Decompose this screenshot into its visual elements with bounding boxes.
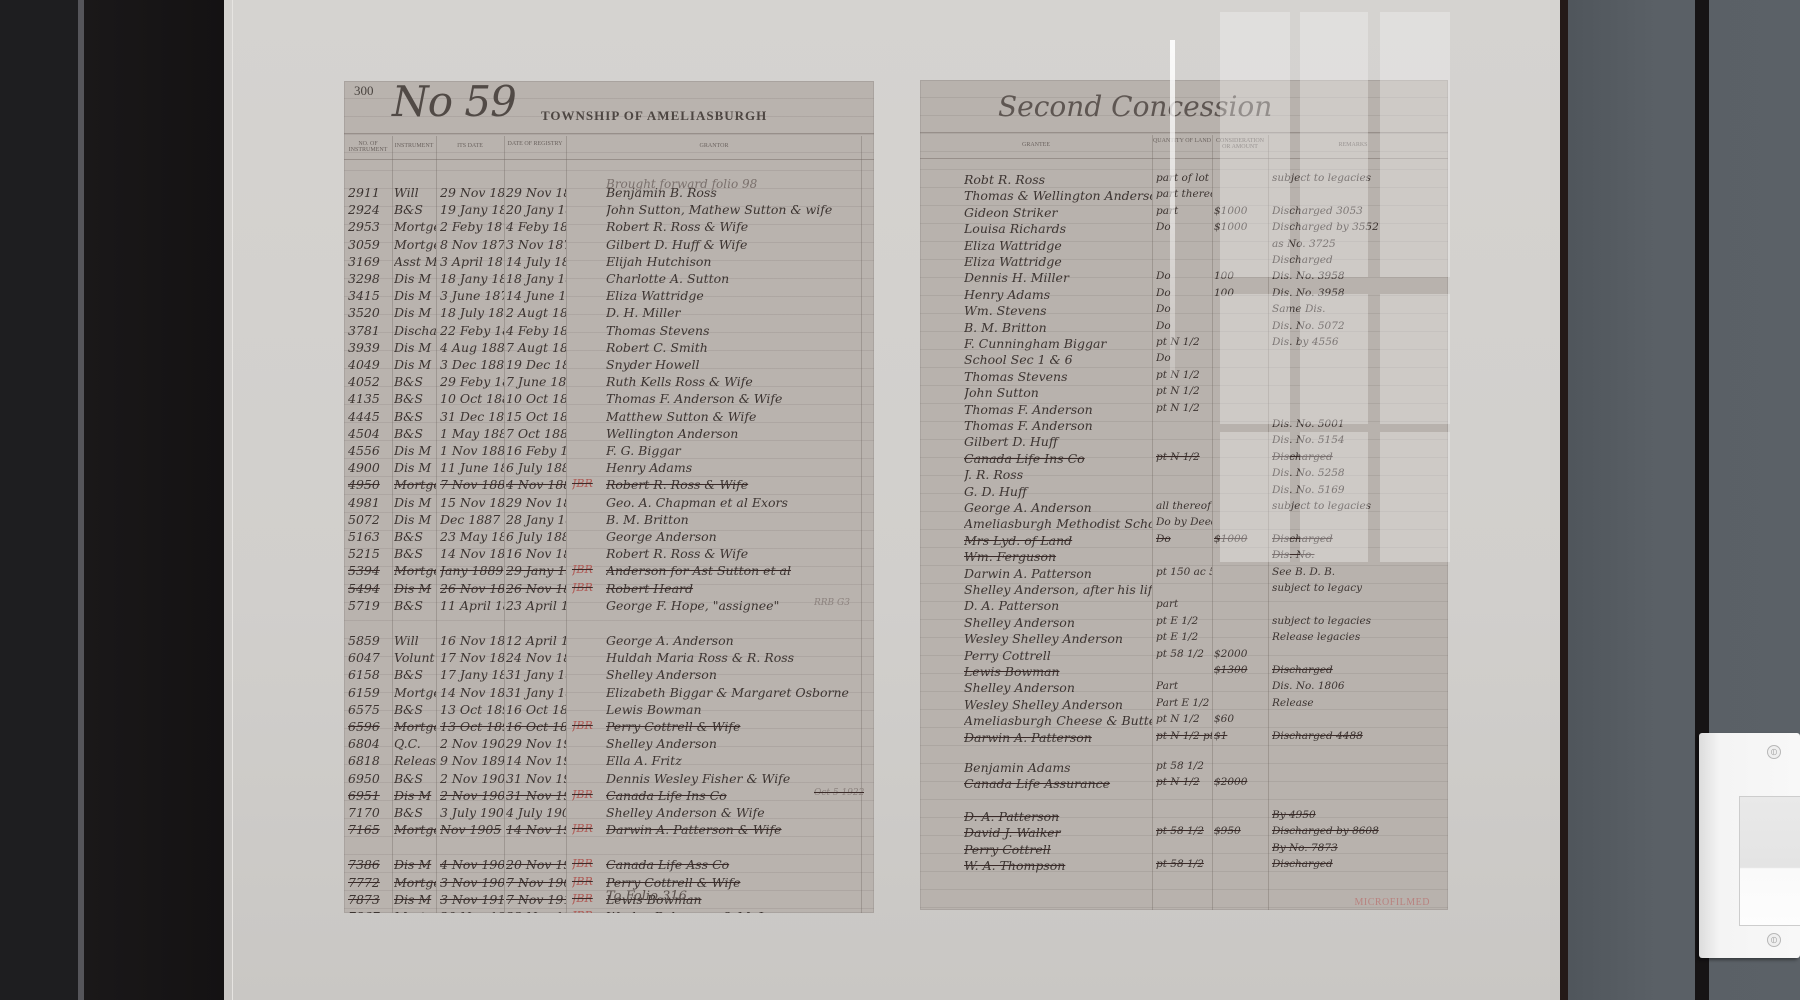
cell-grantor: John Sutton, Mathew Sutton & wife <box>606 202 856 217</box>
cell-reg: 14 July 1877 <box>506 254 566 269</box>
cell-inst: Dis M <box>394 357 436 372</box>
cell-grantee: Wesley Shelley Anderson <box>964 631 1152 646</box>
cell-date: 3 Nov 1909 <box>440 875 504 890</box>
cell-grantor: Perry Cottrell & Wife <box>606 875 856 890</box>
register-row: 6159Mortge14 Nov 189531 Jany 1896Elizabe… <box>344 685 874 703</box>
cell-reg: 23 April 1892 <box>506 598 566 613</box>
cell-remarks: Dis. No. 5154 <box>1272 434 1442 446</box>
register-row: Eliza Wattridgeas No. 3725 <box>920 238 1448 256</box>
cell-grantee: Henry Adams <box>964 287 1152 302</box>
cell-reg: 18 Jany 1879 <box>506 271 566 286</box>
cell-reg: 20 Nov 1905 <box>506 857 566 872</box>
register-row: 6818Release9 Nov 189714 Nov 1901Ella A. … <box>344 753 874 771</box>
cell-qty: pt N 1/2 <box>1156 402 1212 414</box>
cell-no: 6047 <box>348 650 390 665</box>
red-initials-mark: JBR <box>572 875 593 888</box>
register-row: 5215B&S14 Nov 188816 Nov 1888Robert R. R… <box>344 546 874 564</box>
cell-remarks: as No. 3725 <box>1272 238 1442 250</box>
register-row: Perry Cottrellpt 58 1/2$2000 <box>920 648 1448 666</box>
cell-reg: 31 Nov 1903 <box>506 788 566 803</box>
cell-qty: Do by Deed <box>1156 516 1212 528</box>
cell-no: 5394 <box>348 563 390 578</box>
light-switch-plate[interactable]: ⦶ ⦶ <box>1699 733 1800 958</box>
register-row: 4950Mortge7 Nov 18874 Nov 1887Robert R. … <box>344 477 874 495</box>
cell-inst: Dis M <box>394 788 436 803</box>
cell-grantee: Gideon Striker <box>964 205 1152 220</box>
register-row: Ameliasburgh Methodist SchoolDo by Deed <box>920 516 1448 534</box>
cell-date: 1 Nov 1882 <box>440 443 504 458</box>
cell-date: 18 July 1879 <box>440 305 504 320</box>
cell-reg: 19 Dec 1882 <box>506 357 566 372</box>
cell-grantor: Ella A. Fritz <box>606 753 856 768</box>
cell-grantor: Dennis Wesley Fisher & Wife <box>606 771 856 786</box>
cell-grantor: Thomas F. Anderson & Wife <box>606 391 856 406</box>
cell-grantor: Geo. A. Chapman et al Exors <box>606 495 856 510</box>
register-row: 5859Will16 Nov 189012 April 1893George A… <box>344 633 874 651</box>
cell-remarks: See B. D. B. <box>1272 566 1442 578</box>
register-row: Shelley Andersonpt E 1/2subject to legac… <box>920 615 1448 633</box>
cell-date: 16 Nov 1890 <box>440 633 504 648</box>
cell-remarks: Release legacies <box>1272 631 1442 643</box>
cell-grantor: Anderson for Ast Sutton et al <box>606 563 856 578</box>
cell-inst: B&S <box>394 598 436 613</box>
cell-grantee: Lewis Bowman <box>964 664 1152 679</box>
cell-qty: Do <box>1156 320 1212 332</box>
register-row: Thomas Stevenspt N 1/2 <box>920 369 1448 387</box>
cell-reg: 26 Nov 1889 <box>506 581 566 596</box>
cell-remarks: Dis. No. 5072 <box>1272 320 1442 332</box>
cell-date: 3 Dec 1882 <box>440 357 504 372</box>
cell-grantor: Elizabeth Biggar & Margaret Osborne <box>606 685 856 700</box>
frame-left-edge <box>84 0 224 1000</box>
cell-qty: part <box>1156 205 1212 217</box>
cell-grantee: Thomas F. Anderson <box>964 402 1152 417</box>
cell-no: 2911 <box>348 185 390 200</box>
register-row: 2911Will29 Nov 187329 Nov 1875Benjamin B… <box>344 185 874 203</box>
cell-date: 13 Oct 1899 <box>440 719 504 734</box>
red-initials-mark: JBR <box>572 822 593 835</box>
register-row: Darwin A. Pattersonpt 150 ac 58 1/2See B… <box>920 566 1448 584</box>
header-rule <box>920 158 1448 159</box>
cell-no: 7867 <box>348 909 390 913</box>
column-header: Instrument <box>392 143 436 149</box>
cell-grantee: Ameliasburgh Cheese & Butter Committee <box>964 713 1152 728</box>
cell-qty: pt E 1/2 <box>1156 631 1212 643</box>
cell-grantor: George A. Anderson <box>606 633 856 648</box>
cell-grantor: Wellington Anderson <box>606 426 856 441</box>
column-header: Date of Registry <box>504 141 566 147</box>
cell-inst: Volunt Convey <box>394 650 436 665</box>
cell-date: 11 June 1885 <box>440 460 504 475</box>
cell-grantor: Robert C. Smith <box>606 340 856 355</box>
frame-right-edge <box>1560 0 1568 1000</box>
cell-no: 4504 <box>348 426 390 441</box>
cell-grantor: B. M. Britton <box>606 512 856 527</box>
cell-grantee: Perry Cottrell <box>964 648 1152 663</box>
cell-grantee: Dennis H. Miller <box>964 270 1152 285</box>
register-row: Darwin A. Pattersonpt N 1/2 pt$1Discharg… <box>920 730 1448 748</box>
cell-date: 10 Oct 1883 <box>440 391 504 406</box>
cell-reg: 15 Oct 1885 <box>506 409 566 424</box>
cell-inst: Dis M <box>394 271 436 286</box>
column-header: Grantor <box>566 143 862 149</box>
cell-grantor: Thomas Stevens <box>606 323 856 338</box>
cell-remarks: Discharged by 8608 <box>1272 825 1442 837</box>
cell-date: 8 Nov 1876 <box>440 237 504 252</box>
cell-grantee: D. A. Patterson <box>964 598 1152 613</box>
cell-qty: pt 58 1/2 <box>1156 648 1212 660</box>
register-row: George A. Andersonall thereofsubject to … <box>920 500 1448 518</box>
register-row: 3939Dis M4 Aug 18827 Augt 1882Robert C. … <box>344 340 874 358</box>
cell-date: Nov 1905 <box>440 822 504 837</box>
cell-no: 4950 <box>348 477 390 492</box>
cell-date: 14 Nov 1888 <box>440 546 504 561</box>
cell-grantee: George A. Anderson <box>964 500 1152 515</box>
cell-grantee: Benjamin Adams <box>964 760 1152 775</box>
red-initials-mark: JBR <box>572 477 593 490</box>
cell-amount: $2000 <box>1214 776 1268 788</box>
cell-qty: Part <box>1156 680 1212 692</box>
cell-date: 4 Nov 1905 <box>440 857 504 872</box>
cell-amount: $1000 <box>1214 533 1268 545</box>
cell-grantee: Wm. Stevens <box>964 303 1152 318</box>
column-header: Quantity of Land <box>1152 138 1212 144</box>
cell-grantor: Gilbert D. Huff & Wife <box>606 237 856 252</box>
register-row: 6950B&S2 Nov 190331 Nov 1903Dennis Wesle… <box>344 771 874 789</box>
cell-reg: 4 Nov 1887 <box>506 477 566 492</box>
red-initials-mark: JBR <box>572 909 593 913</box>
cell-no: 6951 <box>348 788 390 803</box>
cell-inst: Mortge <box>394 719 436 734</box>
cell-no: 6596 <box>348 719 390 734</box>
cell-reg: 29 Nov 1901 <box>506 736 566 751</box>
cell-reg: 29 Jany 1889 <box>506 563 566 578</box>
cell-grantor: F. G. Biggar <box>606 443 856 458</box>
cell-date: 29 Feby 1881 <box>440 374 504 389</box>
cell-qty: pt E 1/2 <box>1156 615 1212 627</box>
register-row: Benjamin Adamspt 58 1/2 <box>920 760 1448 778</box>
cell-grantee: J. R. Ross <box>964 467 1152 482</box>
cell-reg: 7 Nov 1910 <box>506 892 566 907</box>
register-row: Canada Life Ins Copt N 1/2Discharged <box>920 451 1448 469</box>
cell-grantee: Louisa Richards <box>964 221 1152 236</box>
header-rule <box>920 132 1448 133</box>
register-row: Louisa RichardsDo$1000Discharged by 3552 <box>920 221 1448 239</box>
cell-remarks: Discharged <box>1272 858 1442 870</box>
cell-reg: 31 Jany 1896 <box>506 667 566 682</box>
cell-reg: 14 Nov 1901 <box>506 753 566 768</box>
cell-qty: pt N 1/2 <box>1156 451 1212 463</box>
register-row: 2924B&S19 Jany 187620 Jany 1876John Sutt… <box>344 202 874 220</box>
cell-remarks: Same Dis. <box>1272 303 1442 315</box>
register-row: J. R. RossDis. No. 5258 <box>920 467 1448 485</box>
cell-grantee: Darwin A. Patterson <box>964 566 1152 581</box>
cell-inst: Mortge <box>394 685 436 700</box>
cell-grantor: Benjamin B. Ross <box>606 185 856 200</box>
register-row: F. Cunningham Biggarpt N 1/2Dis. by 4556 <box>920 336 1448 354</box>
cell-inst: B&S <box>394 202 436 217</box>
cell-remarks: Discharged <box>1272 664 1442 676</box>
register-row: David J. Walkerpt 58 1/2$950Discharged b… <box>920 825 1448 843</box>
cell-reg: 14 June 1879 <box>506 288 566 303</box>
cell-grantee: Robt R. Ross <box>964 172 1152 187</box>
cell-grantor: Perry Cottrell & Wife <box>606 719 856 734</box>
cell-remarks: subject to legacies <box>1272 615 1442 627</box>
cell-grantee: Thomas & Wellington Anderson <box>964 188 1152 203</box>
cell-grantor: Shelley Anderson & Wife <box>606 805 856 820</box>
cell-amount: 100 <box>1214 270 1268 282</box>
cell-qty: pt N 1/2 pt <box>1156 730 1212 742</box>
cell-date: 18 Jany 1879 <box>440 271 504 286</box>
cell-date: 29 Nov 1873 <box>440 185 504 200</box>
cell-grantee: Shelley Anderson, after his life estate <box>964 582 1152 597</box>
cell-qty: pt N 1/2 <box>1156 776 1212 788</box>
cell-grantor: Snyder Howell <box>606 357 856 372</box>
cell-reg: 31 Nov 1903 <box>506 771 566 786</box>
cell-inst: B&S <box>394 426 436 441</box>
register-row: Lewis Bowman$1300Discharged <box>920 664 1448 682</box>
cell-qty: pt 58 1/2 <box>1156 825 1212 837</box>
cell-reg: 14 Nov 1905 <box>506 822 566 837</box>
register-row: 5394MortgeJany 188929 Jany 1889Anderson … <box>344 563 874 581</box>
cell-remarks: Dis. by 4556 <box>1272 336 1442 348</box>
register-row: Thomas & Wellington Andersonpart thereof <box>920 188 1448 206</box>
register-row: School Sec 1 & 6Do <box>920 352 1448 370</box>
register-row: 4981Dis M15 Nov 188729 Nov 1887Geo. A. C… <box>344 495 874 513</box>
wall-left <box>0 0 80 1000</box>
right-register-page: Second Concession Grantee Quantity of La… <box>920 80 1448 910</box>
register-row: 7867Mortge20 Nov 190823 Nov 1908Wesley B… <box>344 909 874 913</box>
cell-remarks: subject to legacies <box>1272 500 1442 512</box>
cell-amount: $1300 <box>1214 664 1268 676</box>
cell-grantee: Gilbert D. Huff <box>964 434 1152 449</box>
cell-inst: Mortge <box>394 822 436 837</box>
cell-no: 5163 <box>348 529 390 544</box>
page-title: TOWNSHIP OF AMELIASBURGH <box>541 108 767 124</box>
cell-qty: pt N 1/2 <box>1156 713 1212 725</box>
left-register-page: 300 No 59 TOWNSHIP OF AMELIASBURGH No. o… <box>344 81 874 913</box>
cell-grantee: Thomas F. Anderson <box>964 418 1152 433</box>
cell-no: 6818 <box>348 753 390 768</box>
cell-date: 31 Dec 1883 <box>440 409 504 424</box>
footer-folio-note: To Folio 316 <box>606 889 687 904</box>
cell-qty: part of lot <box>1156 172 1212 184</box>
cell-qty: all thereof <box>1156 500 1212 512</box>
cell-remarks: Dis. No. 5001 <box>1272 418 1442 430</box>
cell-grantee: Thomas Stevens <box>964 369 1152 384</box>
red-initials-mark: JBR <box>572 857 593 870</box>
cell-inst: B&S <box>394 771 436 786</box>
cell-inst: Q.C. <box>394 736 436 751</box>
cell-remarks: Dis. No. 3958 <box>1272 287 1442 299</box>
cell-no: 2924 <box>348 202 390 217</box>
cell-no: 4445 <box>348 409 390 424</box>
cell-grantor: Robert R. Ross & Wife <box>606 219 856 234</box>
cell-date: 7 Nov 1887 <box>440 477 504 492</box>
cell-reg: 4 Feby 1881 <box>506 323 566 338</box>
cell-inst: Dis M <box>394 581 436 596</box>
register-row: 6047Volunt Convey17 Nov 189224 Nov 1894H… <box>344 650 874 668</box>
cell-grantee: Mrs Lyd. of Land <box>964 533 1152 548</box>
cell-remarks: Discharged 4488 <box>1272 730 1442 742</box>
cell-grantee: Darwin A. Patterson <box>964 730 1152 745</box>
column-header: Grantee <box>920 142 1152 148</box>
register-row: Gideon Strikerpart$1000Discharged 3053 <box>920 205 1448 223</box>
register-row: D. A. PattersonBy 4950 <box>920 809 1448 827</box>
register-row: 5072Dis MDec 188728 Jany 1888B. M. Britt… <box>344 512 874 530</box>
cell-no: 4049 <box>348 357 390 372</box>
cell-grantee: B. M. Britton <box>964 320 1152 335</box>
cell-amount: $1000 <box>1214 221 1268 233</box>
cell-no: 4981 <box>348 495 390 510</box>
cell-date: 14 Nov 1895 <box>440 685 504 700</box>
register-row: 4504B&S1 May 18847 Oct 1884Wellington An… <box>344 426 874 444</box>
register-row: Dennis H. MillerDo100Dis. No. 3958 <box>920 270 1448 288</box>
cell-date: 2 Feby 1876 <box>440 219 504 234</box>
register-row: 3059Mortge8 Nov 18763 Nov 1876Gilbert D.… <box>344 237 874 255</box>
cell-remarks: Dis. No. 3958 <box>1272 270 1442 282</box>
cell-grantee: Canada Life Ins Co <box>964 451 1152 466</box>
cell-grantee: Shelley Anderson <box>964 615 1152 630</box>
register-row: 7170B&S3 July 19054 July 1905Shelley And… <box>344 805 874 823</box>
cell-inst: B&S <box>394 805 436 820</box>
cell-no: 6575 <box>348 702 390 717</box>
cell-remarks: Dis. No. 5258 <box>1272 467 1442 479</box>
cell-reg: 31 Jany 1896 <box>506 685 566 700</box>
cell-grantee: John Sutton <box>964 385 1152 400</box>
cell-inst: B&S <box>394 391 436 406</box>
glass-glare <box>1170 40 1175 380</box>
register-row: G. D. HuffDis. No. 5169 <box>920 484 1448 502</box>
red-initials-mark: JBR <box>572 719 593 732</box>
cell-remarks: Dis. No. <box>1272 549 1442 561</box>
cell-reg: 7 Nov 1909 <box>506 875 566 890</box>
register-row: 4049Dis M3 Dec 188219 Dec 1882Snyder How… <box>344 357 874 375</box>
register-row: 2953Mortge2 Feby 18764 Feby 1876Robert R… <box>344 219 874 237</box>
cell-grantee: Ameliasburgh Methodist School <box>964 516 1152 531</box>
cell-no: 4556 <box>348 443 390 458</box>
cell-no: 5859 <box>348 633 390 648</box>
cell-remarks: Discharged by 3552 <box>1272 221 1442 233</box>
register-row: 6158B&S17 Jany 189631 Jany 1896Shelley A… <box>344 667 874 685</box>
register-row: 5494Dis M26 Nov 188926 Nov 1889Robert He… <box>344 581 874 599</box>
cell-no: 6950 <box>348 771 390 786</box>
register-row: D. A. Pattersonpart <box>920 598 1448 616</box>
cell-date: 15 Nov 1887 <box>440 495 504 510</box>
cell-grantor: George Anderson <box>606 529 856 544</box>
cell-reg: 6 July 1885 <box>506 460 566 475</box>
concession-title: Second Concession <box>998 90 1272 123</box>
cell-inst: Dis M <box>394 857 436 872</box>
register-row: Shelley Anderson, after his life estates… <box>920 582 1448 600</box>
cell-reg: 16 Oct 1899 <box>506 719 566 734</box>
cell-qty: Do <box>1156 221 1212 233</box>
cell-inst: Will <box>394 633 436 648</box>
light-switch-rocker[interactable] <box>1739 796 1800 926</box>
cell-grantor: Lewis Bowman <box>606 702 856 717</box>
cell-reg: 7 Augt 1882 <box>506 340 566 355</box>
register-row: Shelley AndersonPartDis. No. 1806 <box>920 680 1448 698</box>
register-row: John Suttonpt N 1/2 <box>920 385 1448 403</box>
cell-remarks: subject to legacies <box>1272 172 1442 184</box>
cell-reg: 10 Oct 1883 <box>506 391 566 406</box>
cell-inst: Mortge <box>394 909 436 913</box>
cell-qty: pt 58 1/2 <box>1156 858 1212 870</box>
cell-inst: Will <box>394 185 436 200</box>
register-row: Wm. StevensDoSame Dis. <box>920 303 1448 321</box>
cell-remarks: Discharged <box>1272 533 1442 545</box>
column-header: Remarks <box>1268 142 1438 148</box>
cell-amount: $1 <box>1214 730 1268 742</box>
cell-qty: pt 58 1/2 <box>1156 760 1212 772</box>
cell-no: 4052 <box>348 374 390 389</box>
cell-qty: Do <box>1156 352 1212 364</box>
cell-remarks: Discharged <box>1272 254 1442 266</box>
cell-no: 6158 <box>348 667 390 682</box>
cell-date: Jany 1889 <box>440 563 504 578</box>
cell-reg: 12 April 1893 <box>506 633 566 648</box>
cell-grantee: Eliza Wattridge <box>964 254 1152 269</box>
register-row: Henry AdamsDo100Dis. No. 3958 <box>920 287 1448 305</box>
cell-inst: B&S <box>394 374 436 389</box>
cell-date: 2 Nov 1903 <box>440 771 504 786</box>
cell-amount: $1000 <box>1214 205 1268 217</box>
screw-icon: ⦶ <box>1767 933 1781 947</box>
cell-grantor: Shelley Anderson <box>606 667 856 682</box>
cell-reg: 2 Augt 1879 <box>506 305 566 320</box>
cell-qty: part <box>1156 598 1212 610</box>
cell-reg: 16 Oct 1899 <box>506 702 566 717</box>
cell-no: 4900 <box>348 460 390 475</box>
cell-grantee: Eliza Wattridge <box>964 238 1152 253</box>
register-row: 6804Q.C.2 Nov 190129 Nov 1901Shelley And… <box>344 736 874 754</box>
cell-grantor: Eliza Wattridge <box>606 288 856 303</box>
cell-inst: Mortge <box>394 563 436 578</box>
cell-grantor: Robert R. Ross & Wife <box>606 477 856 492</box>
microfilmed-stamp: MICROFILMED <box>1354 897 1430 908</box>
cell-grantor: Wesley Bohannon & M. Jones <box>606 909 856 913</box>
cell-inst: Asst M <box>394 254 436 269</box>
cell-date: 20 Nov 1908 <box>440 909 504 913</box>
register-row: 3298Dis M18 Jany 187918 Jany 1879Charlot… <box>344 271 874 289</box>
register-row: 4900Dis M11 June 18856 July 1885Henry Ad… <box>344 460 874 478</box>
cell-date: 17 Jany 1896 <box>440 667 504 682</box>
frame-bevel <box>232 0 233 1000</box>
cell-no: 2953 <box>348 219 390 234</box>
cell-inst: B&S <box>394 409 436 424</box>
cell-date: 13 Oct 1899 <box>440 702 504 717</box>
cell-reg: 23 Nov 1908 <box>506 909 566 913</box>
cell-date: 2 Nov 1903 <box>440 788 504 803</box>
red-initials-mark: JBR <box>572 788 593 801</box>
cell-inst: B&S <box>394 667 436 682</box>
cell-no: 3939 <box>348 340 390 355</box>
register-row: Thomas F. AndersonDis. No. 5001 <box>920 418 1448 436</box>
cell-reg: 7 June 1882 <box>506 374 566 389</box>
cell-inst: Discharge <box>394 323 436 338</box>
register-row: Mrs Lyd. of LandDo$1000Discharged <box>920 533 1448 551</box>
red-initials-mark: JBR <box>572 892 593 905</box>
cell-no: 3169 <box>348 254 390 269</box>
cell-inst: Mortge <box>394 219 436 234</box>
register-row: 6575B&S13 Oct 189916 Oct 1899Lewis Bowma… <box>344 702 874 720</box>
cell-date: 3 June 1879 <box>440 288 504 303</box>
cell-no: 3298 <box>348 271 390 286</box>
lot-number: No 59 <box>392 81 516 126</box>
cell-remarks: Dis. No. 5169 <box>1272 484 1442 496</box>
cell-date: 22 Feby 1881 <box>440 323 504 338</box>
cell-qty: part thereof <box>1156 188 1212 200</box>
